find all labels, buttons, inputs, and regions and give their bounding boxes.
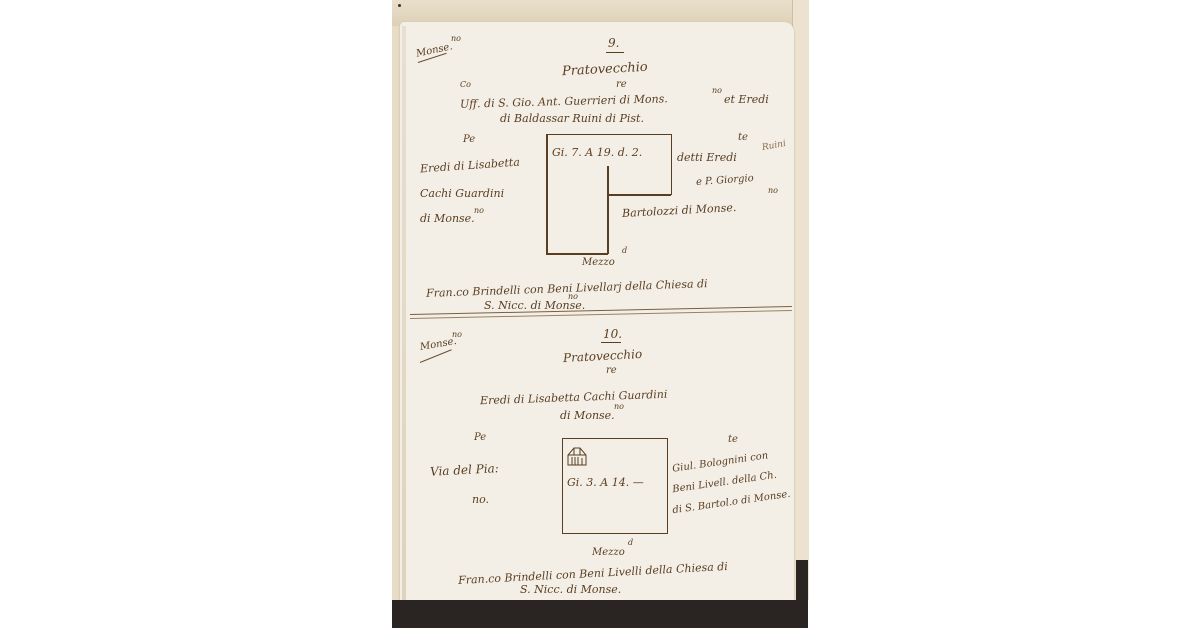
- facing-page-edge: [792, 0, 809, 600]
- east-boundary-line1: detti Eredi: [677, 152, 737, 163]
- west-boundary-line3: di Monse.: [420, 213, 475, 224]
- west-boundary-line1: Via del Pia:: [430, 462, 499, 478]
- ink-dot: [398, 4, 401, 7]
- page-left-edge: [402, 26, 406, 610]
- north-line1-sup: no: [712, 86, 722, 95]
- east-sup: te: [728, 434, 738, 445]
- church-icon: [566, 444, 590, 466]
- number-underline: [601, 342, 621, 343]
- west-boundary-line2: Cachi Guardini: [420, 188, 504, 199]
- north-boundary-line2: di Monse.: [560, 410, 615, 421]
- plot-outline-step: [607, 194, 671, 196]
- plot-label: Gi. 3. A 14. —: [567, 477, 644, 488]
- scan-corner-shadow: [796, 560, 808, 628]
- south-sup: d: [622, 246, 627, 255]
- west-line3-sup: no: [474, 206, 484, 215]
- west-boundary-line2: no.: [472, 494, 489, 505]
- south-sup: d: [628, 538, 633, 547]
- plot-label: Gi. 7. A 19. d. 2.: [552, 147, 642, 158]
- south-label: Mezzo: [582, 258, 615, 268]
- margin-note-sup: no: [452, 330, 462, 339]
- entry-number: 9.: [608, 37, 619, 49]
- plot-outline-top: [546, 134, 672, 195]
- entry-number: 10.: [603, 328, 622, 340]
- north-line2-sup: no: [614, 402, 624, 411]
- locality-sup: re: [606, 366, 617, 376]
- margin-note-sup: no: [451, 34, 461, 43]
- east-sup: te: [738, 132, 748, 143]
- plot-outline-inner: [607, 166, 609, 254]
- north-boundary-line2: di Baldassar Ruini di Pist.: [500, 113, 644, 124]
- south-boundary-line2: S. Nicc. di Monse.: [484, 300, 585, 311]
- scan-bottom-shadow: [392, 600, 808, 628]
- number-underline: [606, 52, 624, 53]
- west-sup: Pe: [463, 134, 475, 145]
- plot-outline-left: [546, 134, 548, 254]
- locality-sup: re: [616, 80, 627, 90]
- east-line3-sup: no: [768, 186, 778, 195]
- north-sup: Co: [460, 80, 471, 89]
- south-boundary-line2: S. Nicc. di Monse.: [520, 584, 621, 595]
- plot-outline-bottom: [546, 253, 608, 255]
- west-sup: Pe: [474, 432, 486, 443]
- south-label: Mezzo: [592, 548, 625, 558]
- south-line2-sup: no: [568, 292, 578, 301]
- north-line1-end: et Eredi: [724, 94, 769, 105]
